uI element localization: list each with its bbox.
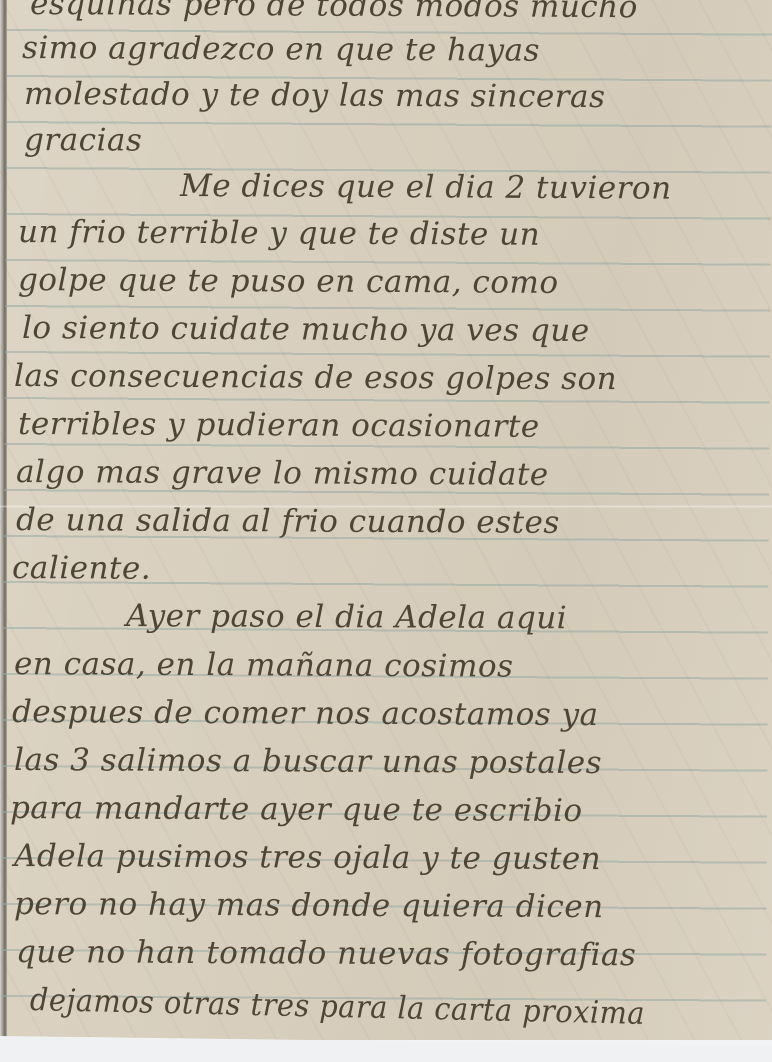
text-line: golpe que te puso en cama, como [18, 262, 559, 301]
text-line: Adela pusimos tres ojala y te gusten [14, 838, 601, 877]
text-line: terribles y pudieran ocasionarte [18, 406, 540, 445]
text-line: las 3 salimos a buscar unas postales [14, 742, 602, 781]
text-line: en casa, en la mañana cosimos [14, 646, 514, 685]
text-line: esquinas pero de todos modos mucho [30, 0, 638, 25]
text-line: de una salida al frio cuando estes [16, 502, 560, 541]
text-line: pero no hay mas donde quiera dicen [14, 886, 604, 925]
text-line: caliente. [12, 550, 151, 587]
text-line: molestado y te doy las mas sinceras [24, 76, 606, 115]
text-line: gracias [24, 122, 142, 159]
text-line: un frio terrible y que te diste un [18, 214, 540, 253]
text-line: despues de comer nos acostamos ya [12, 694, 599, 733]
text-line: simo agradezco en que te hayas [22, 30, 540, 69]
text-line: que no han tomado nuevas fotografias [16, 934, 637, 973]
text-line: para mandarte ayer que te escribio [10, 790, 583, 829]
text-line: algo mas grave lo mismo cuidate [16, 454, 549, 493]
letter-page: esquinas pero de todos modos mucho simo … [0, 0, 772, 1040]
text-line: lo siento cuidate mucho ya ves que [22, 310, 590, 349]
paragraph-start-line: Ayer paso el dia Adela aqui [126, 598, 567, 636]
text-line: las consecuencias de esos golpes son [14, 358, 617, 397]
paragraph-start-line: Me dices que el dia 2 tuvieron [180, 168, 672, 207]
